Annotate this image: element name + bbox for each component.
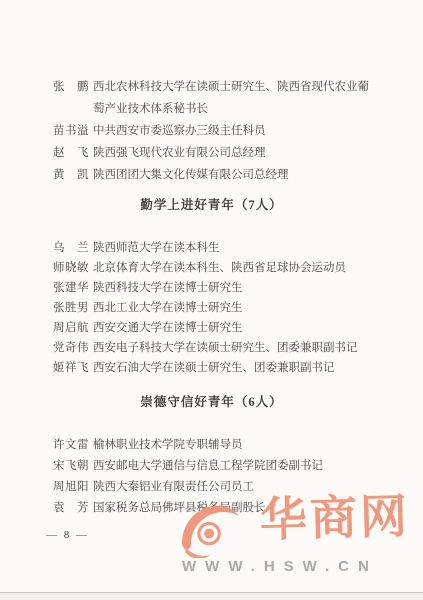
person-name: 乌 兰 <box>53 238 93 258</box>
list-item: 张建华 陕西科技大学在读博士研究生 <box>53 278 383 298</box>
person-name: 周启航 <box>53 318 93 338</box>
list-item: 师晓敏 北京体育大学在读本科生、陕西省足球协会运动员 <box>53 258 383 278</box>
person-title: 西安交通大学在读博士研究生 <box>93 318 373 338</box>
person-title: 北京体育大学在读本科生、陕西省足球协会运动员 <box>93 258 373 278</box>
person-name: 许文雷 <box>53 435 93 456</box>
person-name: 袁 芳 <box>53 498 93 519</box>
person-name: 苗书溢 <box>53 120 93 142</box>
list-item: 宋飞朝 西安邮电大学通信与信息工程学院团委副书记 <box>53 456 383 477</box>
person-title: 西安石油大学在读硕士研究生、团委兼职副书记 <box>93 358 373 378</box>
page-number: — 8 — <box>46 528 89 542</box>
person-name: 周旭阳 <box>53 477 93 498</box>
person-title: 陕西师范大学在读本科生 <box>93 238 373 258</box>
person-title: 陕西科技大学在读博士研究生 <box>93 278 373 298</box>
section-heading: 勤学上进好青年（7人） <box>0 198 423 212</box>
list-item: 许文雷 榆林职业技术学院专职辅导员 <box>53 435 383 456</box>
huashangwang-logo-icon <box>180 502 240 558</box>
list-item: 姬祥飞 西安石油大学在读硕士研究生、团委兼职副书记 <box>53 358 383 378</box>
person-name: 赵 飞 <box>53 142 93 164</box>
document-page: 张 鹏 西北农林科技大学在读硕士研究生、陕西省现代农业葡萄产业技术体系秘书长 苗… <box>0 0 423 600</box>
carryover-entry-list: 张 鹏 西北农林科技大学在读硕士研究生、陕西省现代农业葡萄产业技术体系秘书长 苗… <box>53 76 383 186</box>
section-heading: 崇德守信好青年（6人） <box>0 395 423 409</box>
list-item: 张胜男 西北工业大学在读博士研究生 <box>53 298 383 318</box>
section-1-entry-list: 乌 兰 陕西师范大学在读本科生 师晓敏 北京体育大学在读本科生、陕西省足球协会运… <box>53 238 383 378</box>
list-item: 乌 兰 陕西师范大学在读本科生 <box>53 238 383 258</box>
person-title: 西北工业大学在读博士研究生 <box>93 298 373 318</box>
huashangwang-watermark: 华商网 WWW.HSW.CN <box>180 494 420 586</box>
person-name: 姬祥飞 <box>53 358 93 378</box>
person-title: 中共西安市委巡察办三级主任科员 <box>93 120 373 142</box>
list-item: 黄 凯 陕西团团大集文化传媒有限公司总经理 <box>53 164 383 186</box>
person-title: 西安邮电大学通信与信息工程学院团委副书记 <box>93 456 373 477</box>
person-name: 党奇伟 <box>53 338 93 358</box>
list-item: 党奇伟 西安电子科技大学在读硕士研究生、团委兼职副书记 <box>53 338 383 358</box>
person-title: 榆林职业技术学院专职辅导员 <box>93 435 373 456</box>
person-title: 西安电子科技大学在读硕士研究生、团委兼职副书记 <box>93 338 373 358</box>
watermark-site-name: 华商网 <box>259 486 411 552</box>
list-item: 苗书溢 中共西安市委巡察办三级主任科员 <box>53 120 383 142</box>
person-title: 陕西强飞现代农业有限公司总经理 <box>93 142 373 164</box>
person-name: 张 鹏 <box>53 76 93 98</box>
list-item: 周启航 西安交通大学在读博士研究生 <box>53 318 383 338</box>
person-name: 张建华 <box>53 278 93 298</box>
list-item: 张 鹏 西北农林科技大学在读硕士研究生、陕西省现代农业葡萄产业技术体系秘书长 <box>53 76 383 120</box>
watermark-url: WWW.HSW.CN <box>182 558 378 575</box>
person-title: 陕西团团大集文化传媒有限公司总经理 <box>93 164 373 186</box>
person-title: 西北农林科技大学在读硕士研究生、陕西省现代农业葡萄产业技术体系秘书长 <box>93 76 373 120</box>
person-name: 宋飞朝 <box>53 456 93 477</box>
person-name: 张胜男 <box>53 298 93 318</box>
person-name: 师晓敏 <box>53 258 93 278</box>
page-bottom-edge <box>0 592 423 600</box>
list-item: 赵 飞 陕西强飞现代农业有限公司总经理 <box>53 142 383 164</box>
person-name: 黄 凯 <box>53 164 93 186</box>
